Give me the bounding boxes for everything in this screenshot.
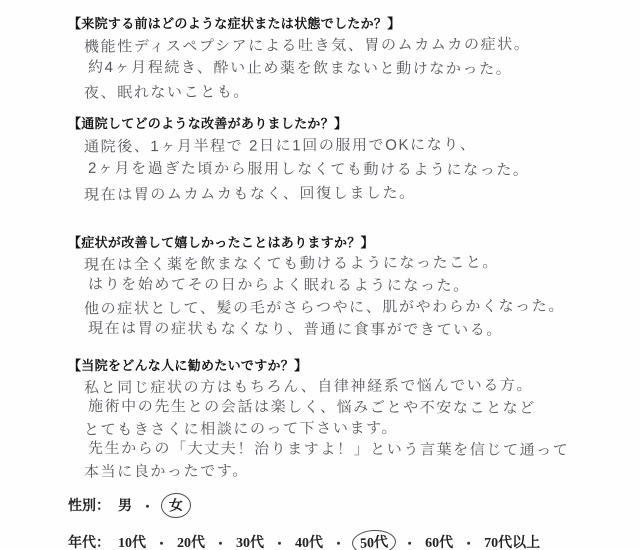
age-option: 20代 xyxy=(177,532,205,550)
gender-row: 性別：男・女 xyxy=(68,495,620,515)
question-heading: 【来院する前はどのような症状または状態でしたか？】 xyxy=(68,16,620,32)
answer-block: 現在は全く薬を飲まなくても動けるようになったこと。はりを始めてその日からよく眠れ… xyxy=(68,253,620,341)
gender-label: 性別： xyxy=(68,495,110,515)
option-separator: ・ xyxy=(214,533,227,550)
gender-selected-option: 女 xyxy=(160,492,191,519)
handwritten-answer-line: 2ヶ月を過ぎた頃から服用しなくても動けるようになった。 xyxy=(68,157,620,183)
handwritten-answer-line: 施術中の先生との会話は楽しく、悩みごとや不安なことなど xyxy=(68,396,620,419)
handwritten-answer-line: 夜、眠れないことも。 xyxy=(68,78,620,104)
qa-section: 【当院をどんな人に勧めたいですか？】私と同じ症状の方はもちろん、自律神経系で悩ん… xyxy=(68,358,620,481)
question-heading: 【通院してどのような改善がありましたか？】 xyxy=(68,116,620,132)
age-option: 30代 xyxy=(236,532,264,550)
option-separator: ・ xyxy=(462,533,475,550)
handwritten-answer-line: 私と同じ症状の方はもちろん、自律神経系で悩んでいる方。 xyxy=(68,374,620,398)
question-heading: 【症状が改善して嬉しかったことはありますか？】 xyxy=(68,235,620,251)
age-selected-option: 50代 xyxy=(351,528,396,550)
handwritten-answer-line: 現在は胃の症状もなくなり、普通に食事ができている。 xyxy=(68,318,620,342)
option-separator: ・ xyxy=(332,533,345,550)
handwritten-answer-line: 現在は全く薬を飲まなくても動けるようになったこと。 xyxy=(68,251,620,276)
option-separator: ・ xyxy=(273,533,286,550)
handwritten-answer-line: 約4ヶ月程続き、酔い止め薬を飲まないと動けなかった。 xyxy=(68,56,620,81)
qa-section: 【来院する前はどのような症状または状態でしたか？】機能性ディスペプシアによる吐き… xyxy=(68,16,620,103)
option-separator: ・ xyxy=(141,496,154,515)
age-option: 60代 xyxy=(425,532,453,550)
age-label: 年代： xyxy=(68,532,110,550)
answer-block: 私と同じ症状の方はもちろん、自律神経系で悩んでいる方。施術中の先生との会話は楽し… xyxy=(68,376,620,481)
option-separator: ・ xyxy=(403,533,416,550)
option-separator: ・ xyxy=(155,533,168,550)
question-heading: 【当院をどんな人に勧めたいですか？】 xyxy=(68,358,620,374)
qa-section: 【通院してどのような改善がありましたか？】通院後、1ヶ月半程で 2日に1回の服用… xyxy=(68,116,620,206)
handwritten-answer-line: 通院後、1ヶ月半程で 2日に1回の服用でOKになり、 xyxy=(68,132,620,159)
age-option: 10代 xyxy=(118,532,146,550)
handwritten-answer-line: とてもきさくに相談にのって下さいます。 xyxy=(68,416,620,440)
age-row: 年代：10代・20代・30代・40代・50代・60代・70代以上 xyxy=(68,532,620,550)
qa-sections: 【来院する前はどのような症状または状態でしたか？】機能性ディスペプシアによる吐き… xyxy=(68,16,620,481)
handwritten-answer-line: はりを始めてその日からよく眠れるようになった。 xyxy=(68,274,620,298)
age-option: 40代 xyxy=(295,532,323,550)
answer-block: 機能性ディスペプシアによる吐き気、胃のムカムカの症状。約4ヶ月程続き、酔い止め薬… xyxy=(68,34,620,103)
age-option: 70代以上 xyxy=(484,532,540,550)
gender-option: 男 xyxy=(118,495,132,515)
qa-section: 【症状が改善して嬉しかったことはありますか？】現在は全く薬を飲まなくても動けるよ… xyxy=(68,235,620,341)
handwritten-answer-line: 機能性ディスペプシアによる吐き気、胃のムカムカの症状。 xyxy=(68,32,620,58)
handwritten-answer-line: 現在は胃のムカムカもなく、回復しました。 xyxy=(68,180,620,207)
handwritten-answer-line: 先生からの「大丈夫！治りますよ！」という言葉を信じて通って xyxy=(68,438,620,461)
questionnaire-scan: 【来院する前はどのような症状または状態でしたか？】機能性ディスペプシアによる吐き… xyxy=(0,0,640,550)
answer-block: 通院後、1ヶ月半程で 2日に1回の服用でOKになり、2ヶ月を過ぎた頃から服用しな… xyxy=(68,134,620,206)
handwritten-answer-line: 本当に良かったです。 xyxy=(68,458,620,482)
handwritten-answer-line: 他の症状として、髪の毛がさらつやに、肌がやわらかくなった。 xyxy=(68,295,620,320)
